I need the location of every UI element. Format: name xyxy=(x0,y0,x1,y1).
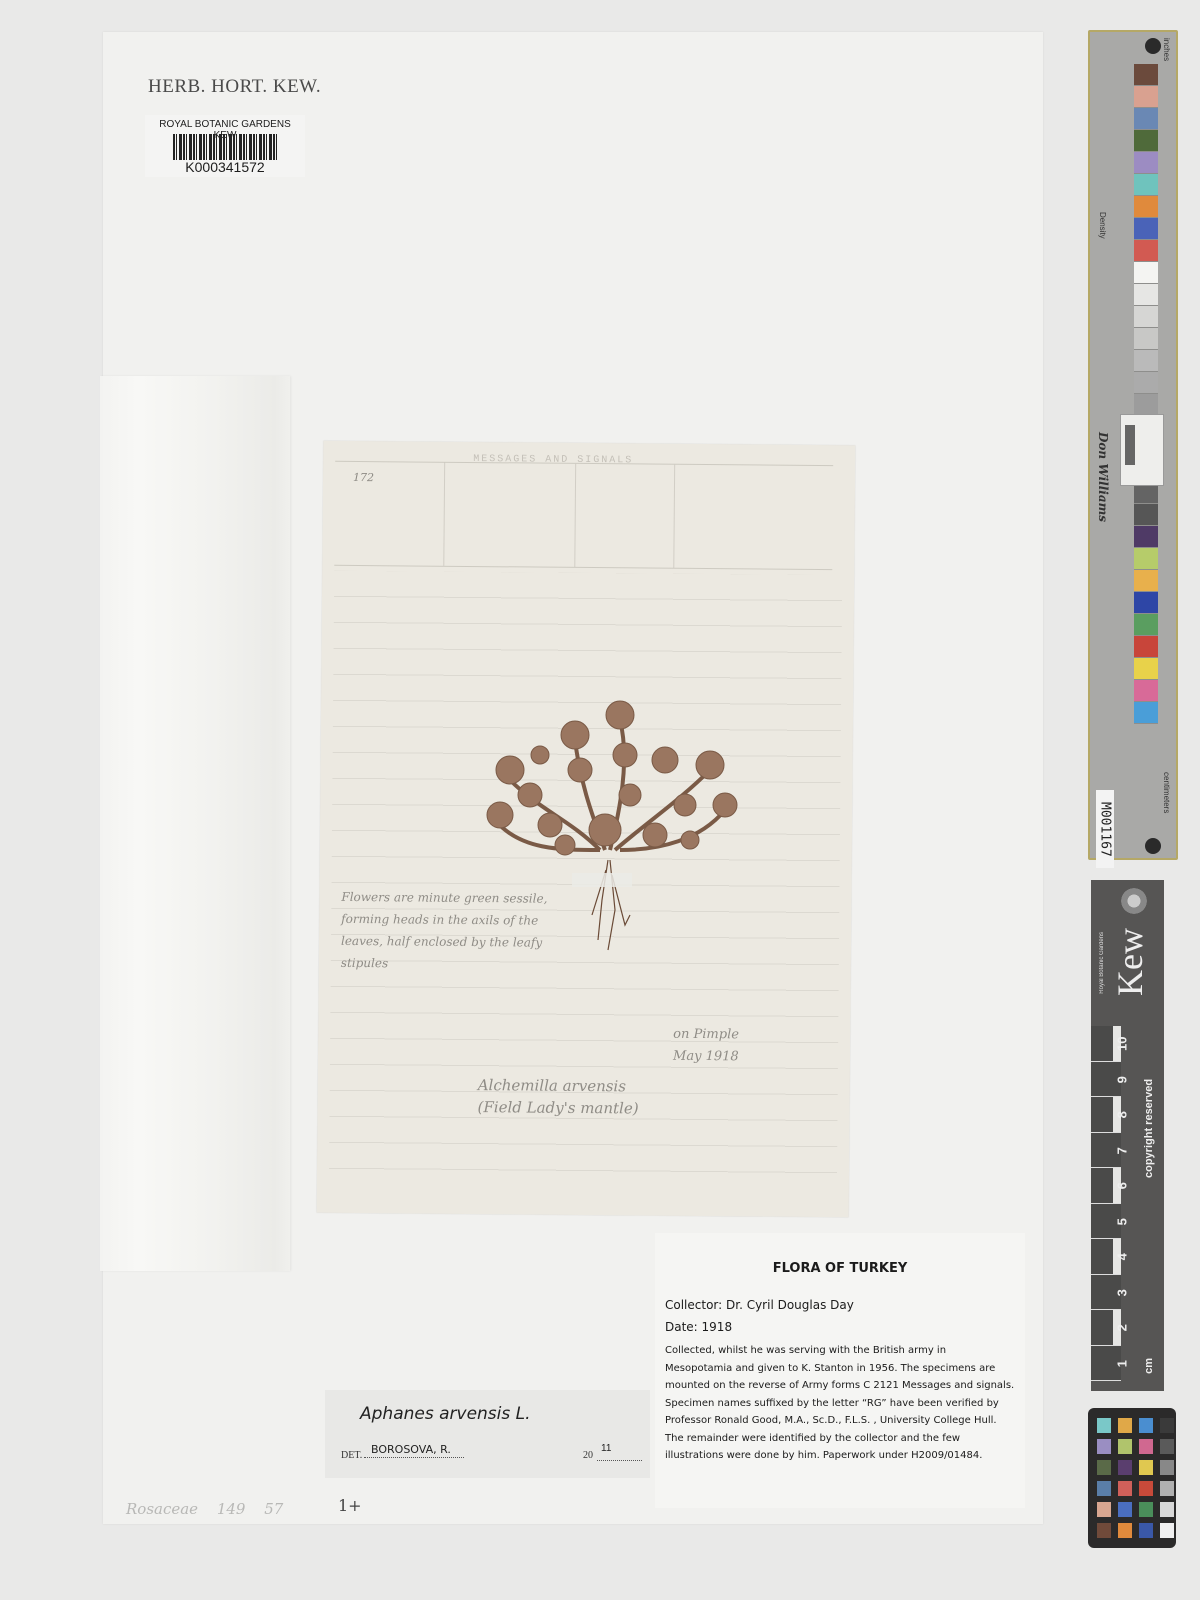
color-card-patch xyxy=(1160,1502,1174,1517)
ruler-inches-label: inches xyxy=(1162,38,1171,61)
ruler-swatch xyxy=(1134,218,1158,240)
ruler-swatch xyxy=(1134,636,1158,658)
color-card-patch xyxy=(1160,1523,1174,1538)
ruler-swatch xyxy=(1134,372,1158,394)
handwritten-location: on Pimple May 1918 xyxy=(673,1024,739,1069)
kew-number: 3 xyxy=(1114,1283,1150,1301)
color-card-patch xyxy=(1139,1523,1153,1538)
kew-logo: Kew xyxy=(1109,928,1151,996)
flora-of-turkey-label: FLORA OF TURKEY Collector: Dr. Cyril Dou… xyxy=(655,1233,1025,1508)
flora-body: Collected, whilst he was serving with th… xyxy=(665,1342,1015,1465)
kew-number: 5 xyxy=(1114,1212,1150,1230)
ruler-swatch xyxy=(1134,658,1158,680)
color-card-patch xyxy=(1160,1460,1174,1475)
kew-scale-bar: Kew Royal Botanic Gardens copyright rese… xyxy=(1091,880,1164,1391)
ruler-hole-icon xyxy=(1145,38,1161,54)
form-number: 172 xyxy=(353,471,374,484)
color-card-patch xyxy=(1118,1460,1132,1475)
ruler-swatch xyxy=(1134,526,1158,548)
det-year-prefix: 20 xyxy=(583,1450,593,1461)
color-calibration-card xyxy=(1088,1408,1176,1548)
kew-number: 6 xyxy=(1114,1177,1150,1195)
kew-number: 7 xyxy=(1114,1141,1150,1159)
color-card-patch xyxy=(1160,1439,1174,1454)
color-card-patch xyxy=(1160,1418,1174,1433)
color-card-patch xyxy=(1139,1481,1153,1496)
ruler-swatches xyxy=(1134,64,1158,724)
flora-collector: Collector: Dr. Cyril Douglas Day xyxy=(665,1298,854,1312)
ruler-swatch xyxy=(1134,152,1158,174)
color-ruler: inches centimeters Density Don Williams … xyxy=(1088,30,1178,860)
fragment-envelope xyxy=(100,376,290,1271)
kew-number: 10 xyxy=(1114,1035,1150,1053)
ruler-swatch xyxy=(1134,570,1158,592)
color-card-patch xyxy=(1139,1418,1153,1433)
ruler-density-label: Density xyxy=(1098,212,1107,239)
ruler-swatch xyxy=(1134,284,1158,306)
ruler-swatch xyxy=(1134,240,1158,262)
color-card-patch xyxy=(1097,1439,1111,1454)
ruler-swatch xyxy=(1134,680,1158,702)
kew-number: 8 xyxy=(1114,1106,1150,1124)
kew-unit: cm xyxy=(1143,1358,1155,1374)
kew-crest-icon xyxy=(1119,886,1149,916)
form-faint-title: MESSAGES AND SIGNALS xyxy=(473,454,633,466)
ruler-swatch xyxy=(1134,86,1158,108)
kew-number: 9 xyxy=(1114,1070,1150,1088)
kew-number: 2 xyxy=(1114,1319,1150,1337)
ruler-swatch xyxy=(1134,196,1158,218)
ruler-brand: Don Williams xyxy=(1096,432,1110,522)
color-card-patch xyxy=(1097,1418,1111,1433)
ruler-inset xyxy=(1120,414,1164,486)
flora-title: FLORA OF TURKEY xyxy=(655,1261,1025,1276)
barcode-label: ROYAL BOTANIC GARDENS KEW K000341572 xyxy=(145,115,305,177)
ruler-swatch xyxy=(1134,262,1158,284)
plant-specimen xyxy=(480,700,740,970)
determination-label: Aphanes arvensis L. DET. BOROSOVA, R. 20… xyxy=(325,1390,650,1478)
ruler-swatch xyxy=(1134,328,1158,350)
handwritten-species-name: Alchemilla arvensis (Field Lady's mantle… xyxy=(477,1074,638,1119)
ruler-swatch xyxy=(1134,130,1158,152)
ruler-swatch xyxy=(1134,64,1158,86)
barcode-number: K000341572 xyxy=(149,159,301,175)
flora-date: Date: 1918 xyxy=(665,1320,732,1334)
det-year-value: 11 xyxy=(601,1443,611,1454)
ruler-swatch xyxy=(1134,592,1158,614)
ruler-swatch xyxy=(1134,614,1158,636)
color-card-patch xyxy=(1118,1439,1132,1454)
ruler-swatch xyxy=(1134,174,1158,196)
ruler-swatch xyxy=(1134,702,1158,724)
herbarium-title: HERB. HORT. KEW. xyxy=(148,76,321,98)
kew-scale-numbers: 12345678910 xyxy=(1123,1026,1141,1381)
color-card-patch xyxy=(1118,1523,1132,1538)
ruler-swatch xyxy=(1134,548,1158,570)
form-header-grid xyxy=(334,461,833,570)
barcode-icon xyxy=(173,134,277,160)
color-card-patch xyxy=(1139,1460,1153,1475)
color-card-patch xyxy=(1139,1502,1153,1517)
kew-number: 4 xyxy=(1114,1248,1150,1266)
color-card-patch xyxy=(1097,1460,1111,1475)
ruler-hole-icon xyxy=(1145,838,1161,854)
ruler-swatch xyxy=(1134,504,1158,526)
kew-subtitle: Royal Botanic Gardens xyxy=(1099,932,1105,994)
family-annotation: Rosaceae 149 57 xyxy=(126,1500,283,1518)
determined-species: Aphanes arvensis L. xyxy=(360,1404,531,1424)
color-card-patch xyxy=(1118,1418,1132,1433)
color-card-patch xyxy=(1118,1481,1132,1496)
mounting-tape xyxy=(572,873,632,887)
ruler-cm-label: centimeters xyxy=(1162,772,1171,813)
determiner-name: BOROSOVA, R. xyxy=(371,1443,451,1456)
color-card-patch xyxy=(1097,1523,1111,1538)
color-card-patch xyxy=(1160,1481,1174,1496)
ruler-swatch xyxy=(1134,108,1158,130)
color-card-patch xyxy=(1139,1439,1153,1454)
color-card-patch xyxy=(1118,1502,1132,1517)
ruler-swatch xyxy=(1134,306,1158,328)
ruler-swatch xyxy=(1134,350,1158,372)
ruler-id: M001167 xyxy=(1096,790,1114,868)
family-mark: 1+ xyxy=(338,1496,362,1515)
color-card-patch xyxy=(1097,1502,1111,1517)
color-card-patch xyxy=(1097,1481,1111,1496)
ruler-swatch xyxy=(1134,394,1158,416)
